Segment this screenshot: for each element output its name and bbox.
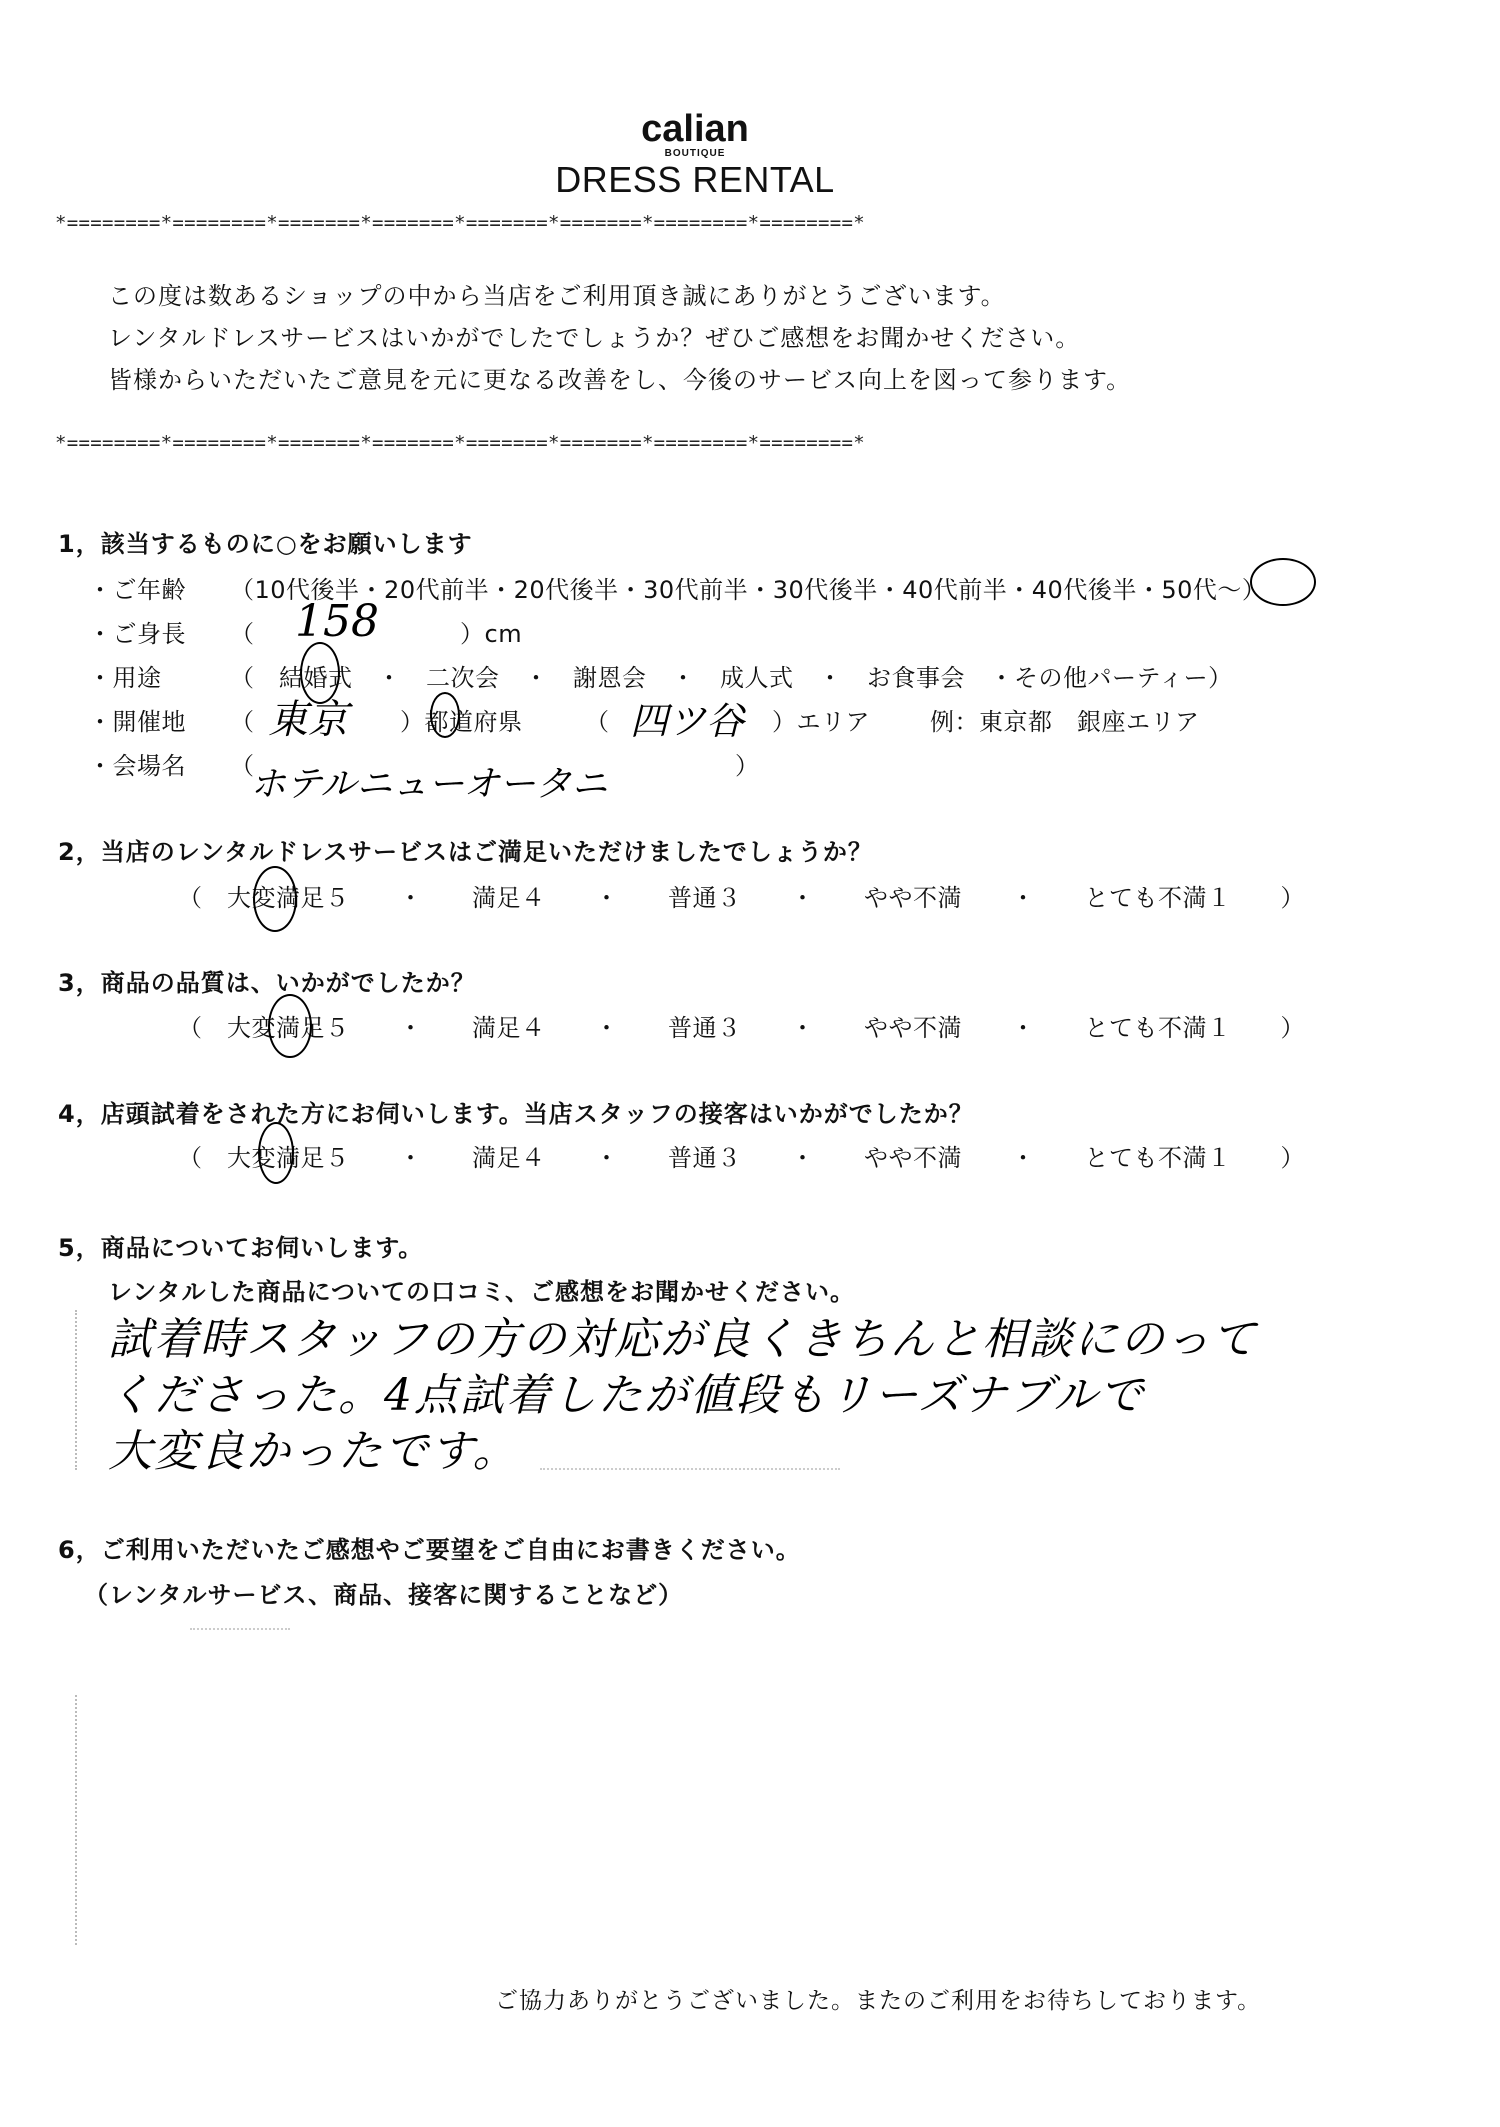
age-option[interactable]: 20代後半: [514, 576, 619, 604]
purpose-option[interactable]: お食事会: [867, 664, 965, 692]
age-option[interactable]: 20代前半: [384, 576, 489, 604]
height-label: ・ご身長: [88, 614, 186, 649]
location-label: ・開催地: [88, 702, 186, 737]
purpose-option[interactable]: その他パーティー: [1014, 664, 1208, 692]
q6-subtitle: （レンタルサービス、商品、接客に関することなど）: [84, 1575, 683, 1610]
age-option[interactable]: 30代前半: [643, 576, 748, 604]
q3-option[interactable]: やや不満: [864, 1014, 962, 1042]
venue-value[interactable]: ホテルニューオータニ: [250, 756, 607, 807]
brand-header: calian BOUTIQUE DRESS RENTAL: [0, 110, 1390, 200]
age-option[interactable]: 40代前半: [902, 576, 1007, 604]
brand-title: DRESS RENTAL: [0, 160, 1390, 200]
height-open-paren: （: [230, 614, 255, 649]
q4-option[interactable]: とても不満１: [1085, 1144, 1232, 1172]
purpose-option[interactable]: 謝恩会: [573, 664, 647, 692]
age-label: ・ご年齢: [88, 570, 186, 605]
height-unit: ）cm: [460, 614, 522, 649]
purpose-option[interactable]: 二次会: [426, 664, 500, 692]
area-open-paren: （: [585, 702, 610, 737]
q5-answer-line-3[interactable]: 大変良かったです。: [108, 1424, 518, 1480]
selection-circle-prefecture: [430, 692, 460, 738]
prefecture-value[interactable]: 東京: [268, 688, 348, 745]
brand-name: calian: [0, 110, 1390, 148]
location-open-paren: （: [230, 702, 255, 737]
q3-option[interactable]: 満足４: [472, 1014, 546, 1042]
venue-close-paren: ）: [735, 746, 760, 781]
q3-options: （ 大変満足５ ・ 満足４ ・ 普通３ ・ やや不満 ・ とても不満１ ）: [178, 1008, 1305, 1043]
q4-option[interactable]: 満足４: [472, 1144, 546, 1172]
q3-option[interactable]: 普通３: [668, 1014, 742, 1042]
selection-circle-q3: [268, 994, 312, 1058]
intro-line-3: 皆様からいただいたご意見を元に更なる改善をし、今後のサービス向上を図って参ります…: [108, 360, 1131, 400]
q5-answer-border-left: [75, 1310, 77, 1470]
q5-answer-border-bottom: [540, 1468, 840, 1470]
q4-option[interactable]: 普通３: [668, 1144, 742, 1172]
q4-title: 4，店頭試着をされた方にお伺いします。当店スタッフの接客はいかがでしたか？: [58, 1094, 974, 1129]
prefecture-suffix: ）都道府県: [400, 702, 523, 737]
q2-option[interactable]: やや不満: [864, 884, 962, 912]
area-suffix: ）エリア: [772, 702, 870, 737]
q5-title: 5，商品についてお伺いします。: [58, 1228, 423, 1263]
purpose-label: ・用途: [88, 658, 162, 693]
age-options: （10代後半・20代前半・20代後半・30代前半・30代後半・40代前半・40代…: [230, 570, 1266, 605]
q3-title: 3，商品の品質は、いかがでしたか？: [58, 963, 476, 998]
q2-option[interactable]: 満足４: [472, 884, 546, 912]
footer-thanks: ご協力ありがとうございました。またのご利用をお待ちしております。: [495, 1982, 1261, 2015]
purpose-options: （ 結婚式 ・ 二次会 ・ 謝恩会 ・ 成人式 ・ お食事会 ・その他パーティー…: [230, 658, 1233, 693]
divider-top: *========*========*=======*=======*=====…: [55, 212, 865, 234]
q5-answer-line-2[interactable]: くださった。4点試着したが値段もリーズナブルで: [108, 1368, 1145, 1424]
age-option[interactable]: 40代後半: [1032, 576, 1137, 604]
q6-answer-border-left: [75, 1695, 77, 1945]
q5-subtitle: レンタルした商品についての口コミ、ご感想をお聞かせください。: [108, 1272, 855, 1307]
selection-circle-q4: [258, 1122, 294, 1184]
q2-option[interactable]: 普通３: [668, 884, 742, 912]
divider-bottom: *========*========*=======*=======*=====…: [55, 432, 865, 454]
q3-option[interactable]: とても不満１: [1085, 1014, 1232, 1042]
area-value[interactable]: 四ツ谷: [630, 690, 744, 745]
location-example: 例：東京都 銀座エリア: [930, 702, 1200, 737]
q2-option[interactable]: とても不満１: [1085, 884, 1232, 912]
q2-options: （ 大変満足５ ・ 満足４ ・ 普通３ ・ やや不満 ・ とても不満１ ）: [178, 878, 1305, 913]
q4-options: （ 大変満足５ ・ 満足４ ・ 普通３ ・ やや不満 ・ とても不満１ ）: [178, 1138, 1305, 1173]
q1-title: 1，該当するものに○をお願いします: [58, 524, 473, 559]
intro-line-1: この度は数あるショップの中から当店をご利用頂き誠にありがとうございます。: [108, 276, 1006, 316]
venue-label: ・会場名: [88, 746, 186, 781]
q2-title: 2，当店のレンタルドレスサービスはご満足いただけましたでしょうか？: [58, 832, 873, 867]
q6-answer-border-top: [190, 1628, 290, 1630]
purpose-option[interactable]: 成人式: [720, 664, 794, 692]
selection-circle-q2: [253, 866, 297, 932]
q6-title: 6，ご利用いただいたご感想やご要望をご自由にお書きください。: [58, 1530, 801, 1565]
selection-circle-age: [1250, 558, 1316, 606]
q6-answer-area[interactable]: [90, 1640, 1390, 1940]
age-option[interactable]: 30代後半: [773, 576, 878, 604]
intro-line-2: レンタルドレスサービスはいかがでしたでしょうか？ぜひご感想をお聞かせください。: [108, 318, 1080, 358]
age-option-selected[interactable]: 50代～: [1161, 576, 1242, 604]
q4-option[interactable]: やや不満: [864, 1144, 962, 1172]
height-value[interactable]: 158: [295, 596, 379, 647]
q5-answer-line-1[interactable]: 試着時スタッフの方の対応が良くきちんと相談にのって: [108, 1312, 1258, 1368]
